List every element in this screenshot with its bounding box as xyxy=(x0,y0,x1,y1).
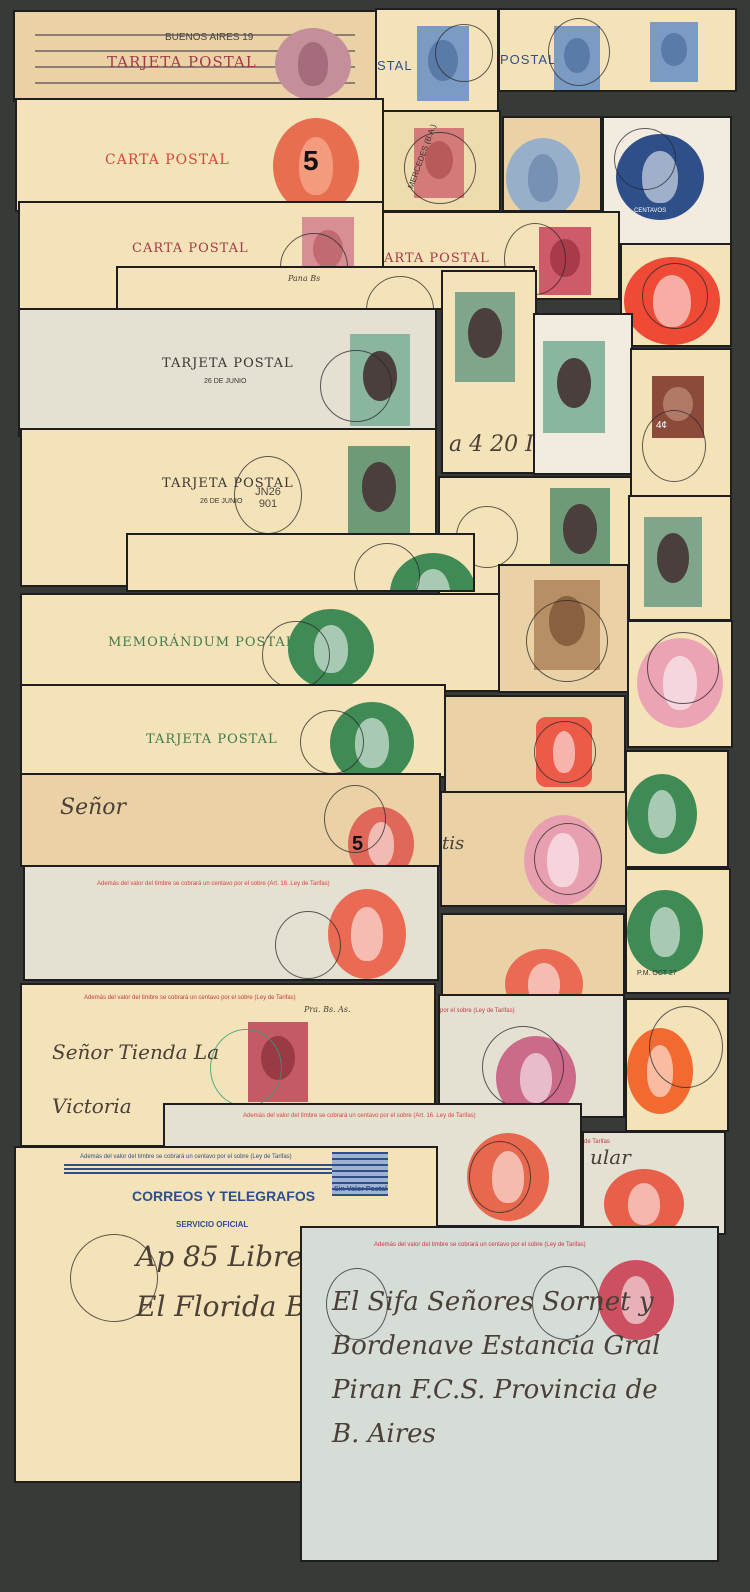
postcard-moreno-1: a 4 20 III xyxy=(443,272,535,472)
postmark-circle xyxy=(320,350,392,422)
postmark-circle xyxy=(649,1006,723,1088)
postmark-circle xyxy=(548,18,610,86)
pencil-note: Pana Bs xyxy=(288,274,320,283)
wrapper-fragment-red-2: de Tarifas ular xyxy=(584,1133,724,1233)
card-title: TARJETA POSTAL xyxy=(162,356,294,371)
cancel-bars xyxy=(64,1164,354,1176)
postcard-tarjeta-postal-26-junio-1: TARJETA POSTAL 26 DE JUNIO xyxy=(20,310,435,435)
memorandum-postal: MEMORÁNDUM POSTAL xyxy=(22,595,498,690)
postmark-circle xyxy=(469,1141,531,1213)
postmark-circle xyxy=(614,128,676,190)
envelope-fragment-green-3: P.M. OCT 27 xyxy=(627,870,729,992)
postcard-carta-postal-surcharged: CARTA POSTAL 5 xyxy=(17,100,382,210)
tariff-note: por el sobre (Ley de Tarifas) xyxy=(440,1008,515,1014)
tariff-note: Además del valor del timbre se cobrará u… xyxy=(243,1113,476,1119)
postmark-circle xyxy=(262,621,330,689)
postmark-circle xyxy=(642,410,706,482)
stamp-moreno-green xyxy=(550,488,610,578)
stamp-oval-green xyxy=(627,774,697,854)
card-title: TARJETA POSTAL xyxy=(107,53,257,71)
postcard-tarjeta-postal-1: TARJETA POSTAL BUENOS AIRES 19 xyxy=(15,12,375,100)
stationery-collection-photo: { "collection": { "subject": "Argentine … xyxy=(0,0,750,1592)
card-fragment-blue-1: STAL xyxy=(377,10,497,110)
handwriting: a 4 20 III xyxy=(449,432,535,457)
card-fragment-red-sower: MERCEDES (B.A.) xyxy=(384,112,499,210)
postcard-moreno-2 xyxy=(535,315,631,473)
postcard-tarjeta-postal-green: TARJETA POSTAL xyxy=(22,686,444,776)
card-title: TARJETA POSTAL xyxy=(146,732,278,747)
postmark-circle xyxy=(366,276,434,308)
postmark-circle xyxy=(275,911,341,979)
card-title: CORREOS Y TELEGRAFOS xyxy=(132,1188,315,1204)
surcharge-value: 5 xyxy=(303,145,319,177)
stamp-oval-red-liberty xyxy=(328,889,406,979)
tariff-note: Además del valor del timbre se cobrará u… xyxy=(84,995,296,1001)
postmark-circle-expedicion: JN26901 xyxy=(234,456,302,534)
card-title: ARTA POSTAL xyxy=(384,251,490,266)
card-subtitle: SERVICIO OFICIAL xyxy=(176,1220,248,1229)
wrapper-fragment-red xyxy=(443,915,623,995)
envelope-green-strip xyxy=(128,535,473,590)
envelope-fragment-pink xyxy=(629,622,731,746)
stamp-text: Sin Valor Postal xyxy=(334,1186,387,1193)
envelope-fragment-red-small xyxy=(446,697,624,797)
wrapper-sornet-y-bordenave: Además del valor del timbre se cobrará u… xyxy=(302,1228,717,1560)
stamp-moreno-green xyxy=(348,446,410,536)
postmark-circle xyxy=(526,600,608,682)
card-title: CARTA POSTAL xyxy=(132,241,249,256)
tariff-note: Además del valor del timbre se cobrará u… xyxy=(97,881,330,887)
envelope-senor-santa-fe: Señor 5 xyxy=(22,775,439,865)
card-title: CARTA POSTAL xyxy=(105,152,230,168)
postmark-circle xyxy=(435,24,493,82)
envelope-fragment-orange xyxy=(627,1000,727,1130)
postmark-circle xyxy=(642,263,708,329)
postmark-circle xyxy=(647,632,719,704)
tariff-note: Además del valor del timbre se cobrará u… xyxy=(374,1242,586,1248)
handwriting: tis xyxy=(442,833,464,854)
tariff-note: Además del valor del timbre se cobrará u… xyxy=(80,1154,292,1160)
envelope-fragment-blue-6c: CENTAVOS xyxy=(604,118,730,243)
stamp-text: CENTAVOS xyxy=(634,208,666,214)
wrapper-ley-de-tarifas-1: Además del valor del timbre se cobrará u… xyxy=(25,867,437,979)
envelope-fragment-green-2 xyxy=(627,752,727,866)
postmark-circle xyxy=(300,710,364,774)
card-fragment-blue-2: POSTAL xyxy=(500,10,735,90)
card-title: STAL xyxy=(377,58,413,73)
handwriting: Señor xyxy=(60,795,126,820)
stamp-oval-red-liberty xyxy=(604,1169,684,1233)
postmark-text: P.M. OCT 27 xyxy=(637,970,677,977)
envelope-fragment-brown-5c xyxy=(500,566,627,691)
envelope-fragment-red xyxy=(622,245,730,345)
stamp-blue-sower xyxy=(650,22,698,82)
stamp-moreno-green xyxy=(455,292,515,382)
stamp-oval-san-martin xyxy=(275,28,351,100)
envelope-fragment-brown-4c: 4¢ xyxy=(632,350,730,495)
envelope-fragment-pink-2: tis xyxy=(442,793,625,905)
wrapper-fragment-suc14: por el sobre (Ley de Tarifas) xyxy=(440,996,623,1116)
stamp-moreno-green xyxy=(644,517,702,607)
handwriting: ular xyxy=(590,1145,631,1169)
postmark-circle xyxy=(482,1026,564,1108)
pencil-annotation: Pra. Bs. As. xyxy=(304,1005,351,1014)
postmark-circle xyxy=(534,721,596,783)
stamp-moreno-green xyxy=(543,341,605,433)
card-subtitle: 26 DE JUNIO xyxy=(204,378,246,385)
card-fragment-blue-oval xyxy=(504,118,600,210)
postmark-circle xyxy=(324,785,386,853)
postmark-circle xyxy=(534,823,602,895)
stamp-oval-green xyxy=(627,890,703,974)
stamp-oval-blue xyxy=(506,138,580,210)
postmark-circle xyxy=(354,543,420,590)
stamp-oval-red-liberty xyxy=(505,949,583,995)
postcard-moreno-4 xyxy=(630,497,730,619)
postmark-text: BUENOS AIRES 19 xyxy=(165,32,253,43)
handwriting: El Sifa Señores Sornet y Bordenave Estan… xyxy=(332,1280,692,1456)
